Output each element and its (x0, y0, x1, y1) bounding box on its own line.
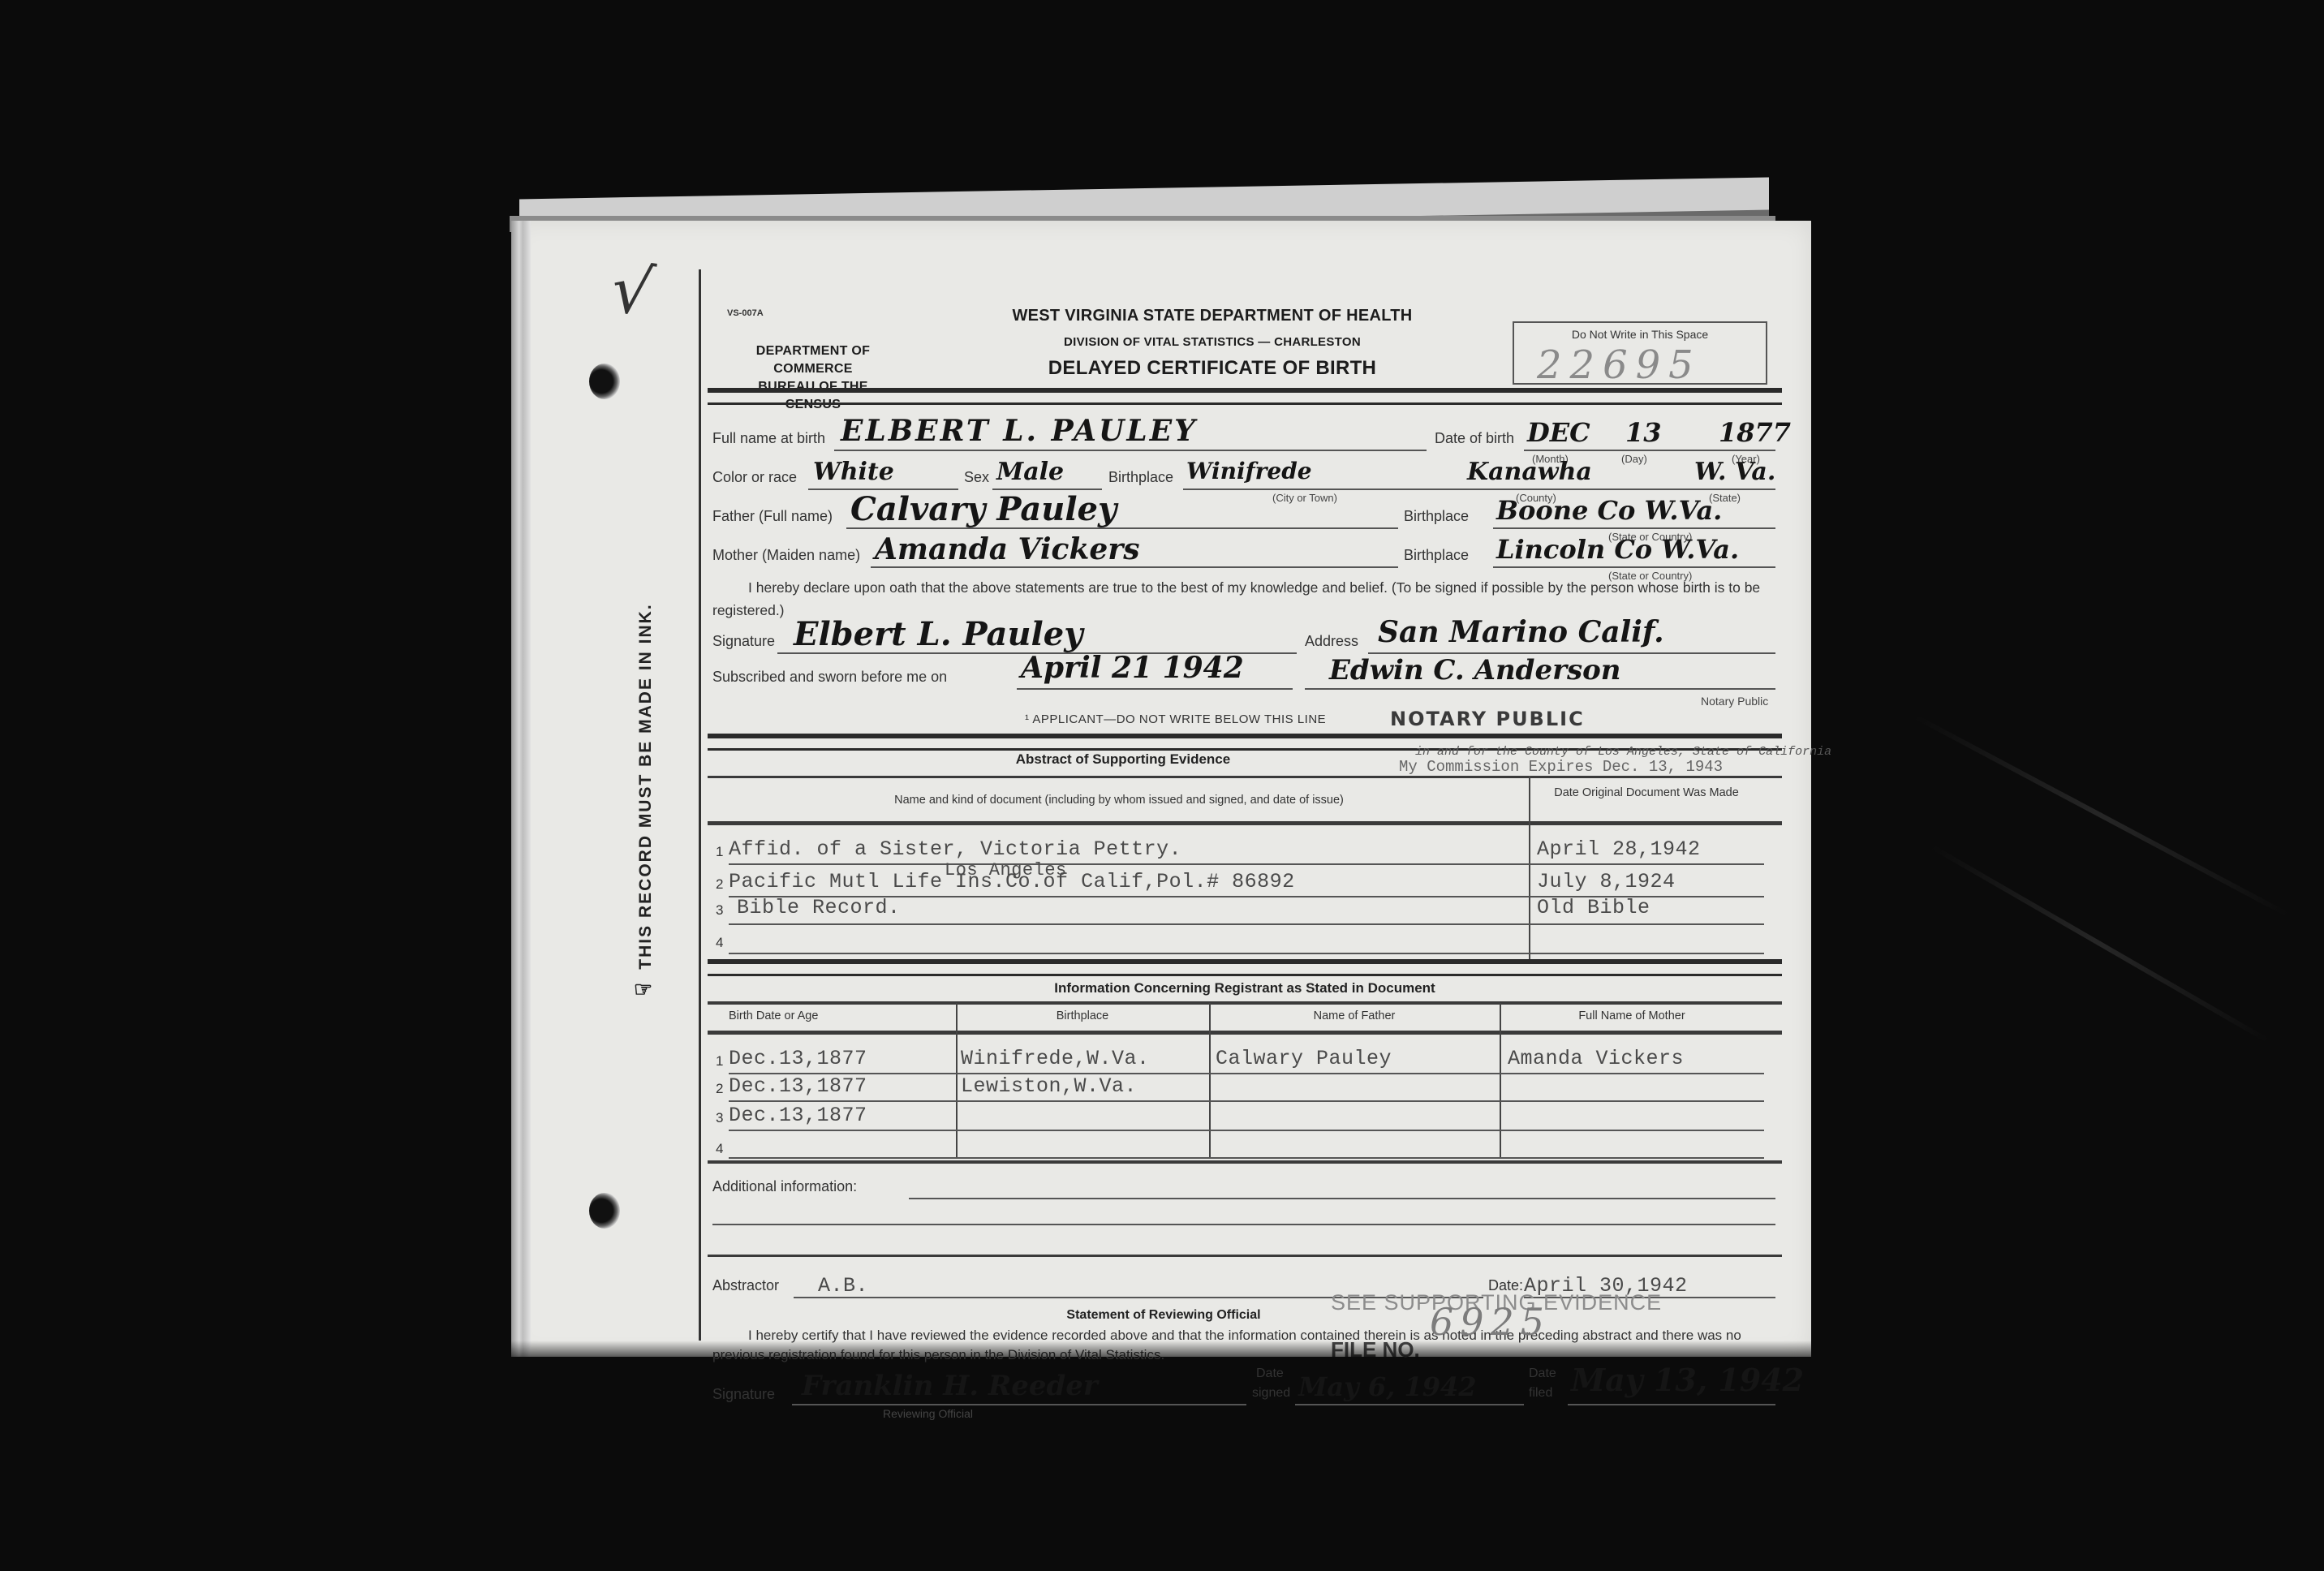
row-number: 3 (716, 902, 723, 919)
underline (1295, 1404, 1524, 1405)
full-name-label: Full name at birth (712, 430, 825, 447)
office-box-label: Do Not Write in This Space (1514, 328, 1766, 341)
abstractor-label: Abstractor (712, 1277, 779, 1294)
address-label: Address (1305, 633, 1358, 650)
underline (1524, 450, 1775, 451)
underline (729, 953, 1764, 954)
info-bottom-rule (708, 1160, 1782, 1164)
underline (729, 1073, 1764, 1074)
info-birthplace: Lewiston,W.Va. (961, 1074, 1137, 1098)
applicant-signature-label: Signature (712, 633, 775, 650)
underline (871, 566, 1398, 568)
row-number: 3 (716, 1110, 723, 1126)
row-number: 2 (716, 876, 723, 893)
notary-stamp-county: in and for the County of Los Angeles, St… (1415, 745, 1831, 759)
dob-year: 1877 (1719, 417, 1791, 448)
father-birthplace-value: Boone Co W.Va. (1496, 495, 1722, 526)
info-mother: Amanda Vickers (1508, 1047, 1684, 1070)
father-row: Father (Full name) Calvary Pauley Birthp… (712, 497, 1777, 537)
col-document: Name and kind of document (including by … (717, 794, 1521, 807)
notary-commission: My Commission Expires Dec. 13, 1943 (1399, 758, 1723, 776)
underline (1568, 1404, 1775, 1405)
underline (729, 1157, 1764, 1159)
info-col-divider (1500, 1003, 1501, 1159)
date-filed: May 13, 1942 (1571, 1362, 1804, 1398)
additional-bottom-rule (708, 1255, 1782, 1257)
address-value: San Marino Calif. (1378, 615, 1664, 649)
header-divider (708, 388, 1782, 405)
applicant-signature: Elbert L. Pauley (794, 615, 1082, 653)
info-birth-date: Dec.13,1877 (729, 1074, 867, 1098)
abstract-date: July 8,1924 (1537, 870, 1676, 893)
birthplace-county: Kanawha (1467, 458, 1592, 486)
date-signed: May 6, 1942 (1298, 1371, 1477, 1402)
pointing-hand-icon: ☞ (634, 977, 654, 1002)
birth-certificate-form: VS-007A DEPARTMENT OF COMMERCE BUREAU OF… (699, 269, 1788, 1341)
check-mark-icon: √ (607, 251, 658, 331)
father-birthplace-label: Birthplace (1404, 508, 1469, 525)
date-signed-label: Date (1256, 1367, 1284, 1381)
mother-row: Mother (Maiden name) Amanda Vickers Birt… (712, 536, 1777, 576)
abstract-col-divider (1529, 776, 1530, 961)
dob-day: 13 (1625, 417, 1662, 448)
office-use-box: Do Not Write in This Space 22695 (1513, 321, 1767, 385)
date-signed-label-2: signed (1252, 1386, 1290, 1401)
scan-streak (1930, 844, 2270, 1043)
underline (1493, 566, 1775, 568)
abstract-date: Old Bible (1537, 896, 1650, 919)
underline (909, 1198, 1775, 1199)
abstract-bottom-rule (708, 959, 1782, 976)
underline (1183, 489, 1775, 490)
page-shadow (511, 1341, 1811, 1357)
binder-hole-icon (589, 364, 620, 399)
scan-streak (1914, 714, 2289, 916)
mother-label: Mother (Maiden name) (712, 547, 860, 564)
review-signature-row: Signature Franklin H. Reeder Reviewing O… (712, 1367, 1777, 1415)
underline (712, 1224, 1775, 1225)
ink-notice-text: THIS RECORD MUST BE MADE IN INK. (636, 603, 655, 969)
abstractor-value: A.B. (818, 1274, 868, 1298)
abstract-date: April 28,1942 (1537, 837, 1701, 861)
additional-info-label: Additional information: (712, 1178, 857, 1195)
col-birth-date: Birth Date or Age (712, 1009, 972, 1022)
title-certificate: DELAYED CERTIFICATE OF BIRTH (1009, 357, 1415, 380)
reviewer-sublabel: Reviewing Official (883, 1407, 973, 1420)
page-edge (511, 221, 531, 1357)
col-date-text: Date Original Document Was Made (1554, 786, 1739, 799)
underline (1305, 688, 1775, 690)
underline (729, 1130, 1764, 1131)
mother-birthplace-value: Lincoln Co W.Va. (1496, 534, 1739, 565)
notary-stamp: NOTARY PUBLIC (1390, 708, 1585, 730)
info-father: Calwary Pauley (1216, 1047, 1392, 1070)
row-number: 4 (716, 1141, 723, 1157)
underline (792, 1404, 1246, 1405)
info-birth-date: Dec.13,1877 (729, 1104, 867, 1127)
name-dob-row: Full name at birth ELBERT L. PAULEY Date… (712, 419, 1777, 459)
sex-label: Sex (964, 469, 989, 486)
sex-value: Male (996, 458, 1064, 486)
date-filed-label-2: filed (1529, 1386, 1552, 1401)
form-code: VS-007A (727, 308, 764, 318)
notary-public-label: Notary Public (1701, 695, 1768, 708)
reviewer-signature: Franklin H. Reeder (802, 1370, 1098, 1402)
abstract-document: Pacific Mutl Life Ins.Co.of Calif,Pol.# … (729, 870, 1295, 893)
row-number: 2 (716, 1081, 723, 1097)
info-col-divider (1209, 1003, 1211, 1159)
birthplace-city: Winifrede (1186, 458, 1312, 484)
certificate-number: 22695 (1537, 342, 1702, 388)
info-col-divider (956, 1003, 958, 1159)
abstract-document: Bible Record. (737, 896, 901, 919)
mother-value: Amanda Vickers (875, 532, 1140, 566)
race-value: White (813, 458, 894, 486)
notary-signature: Edwin C. Anderson (1329, 654, 1621, 687)
birthplace-label: Birthplace (1108, 469, 1173, 486)
abstract-document: Affid. of a Sister, Victoria Pettry. (729, 837, 1181, 861)
row-number: 1 (716, 844, 723, 860)
additional-info-row: Additional information: (712, 1175, 1777, 1207)
row-number: 4 (716, 935, 723, 951)
applicant-notice-row: ¹ APPLICANT—DO NOT WRITE BELOW THIS LINE… (712, 708, 1777, 732)
col-mother: Full Name of Mother (1500, 1009, 1764, 1022)
info-col-rule (708, 1031, 1782, 1035)
date-filed-label: Date (1529, 1367, 1556, 1381)
father-label: Father (Full name) (712, 508, 833, 525)
sworn-date: April 21 1942 (1021, 651, 1244, 685)
abstract-heading-rule (708, 776, 1782, 778)
col-date: Date Original Document Was Made (1529, 785, 1764, 800)
ink-notice: ☞THIS RECORD MUST BE MADE IN INK. (631, 603, 656, 1000)
info-heading: Information Concerning Registrant as Sta… (701, 980, 1788, 996)
dob-label: Date of birth (1435, 430, 1514, 447)
info-birthplace: Winifrede,W.Va. (961, 1047, 1150, 1070)
applicant-notice: ¹ APPLICANT—DO NOT WRITE BELOW THIS LINE (1025, 712, 1326, 726)
father-value: Calvary Pauley (850, 490, 1117, 528)
underline (729, 863, 1764, 865)
race-label: Color or race (712, 469, 797, 486)
census-dept: DEPARTMENT OF COMMERCE (732, 342, 894, 378)
sworn-label: Subscribed and sworn before me on (712, 669, 947, 686)
info-birth-date: Dec.13,1877 (729, 1047, 867, 1070)
title-division: DIVISION OF VITAL STATISTICS — CHARLESTO… (1009, 335, 1415, 349)
sworn-row: Subscribed and sworn before me on April … (712, 659, 1777, 708)
full-name-value: ELBERT L. PAULEY (841, 414, 1198, 448)
title-department: WEST VIRGINIA STATE DEPARTMENT OF HEALTH (1009, 307, 1415, 325)
file-number: 6925 (1430, 1300, 1551, 1344)
underline (1017, 688, 1293, 690)
row-number: 1 (716, 1053, 723, 1070)
underline (1493, 527, 1775, 529)
underline (729, 923, 1764, 925)
underline (729, 1100, 1764, 1102)
dob-month: DEC (1527, 417, 1590, 448)
mother-birthplace-label: Birthplace (1404, 547, 1469, 564)
abstract-col-rule (708, 821, 1782, 825)
binder-hole-icon (589, 1193, 620, 1229)
birthplace-state: W. Va. (1694, 458, 1775, 486)
info-heading-rule (708, 1001, 1782, 1005)
underline (834, 450, 1427, 451)
reviewer-signature-label: Signature (712, 1386, 775, 1403)
col-father: Name of Father (1209, 1009, 1500, 1022)
certificate-page: √ ☞THIS RECORD MUST BE MADE IN INK. VS-0… (511, 221, 1811, 1357)
form-title: WEST VIRGINIA STATE DEPARTMENT OF HEALTH… (1009, 307, 1415, 380)
col-birthplace: Birthplace (956, 1009, 1209, 1022)
